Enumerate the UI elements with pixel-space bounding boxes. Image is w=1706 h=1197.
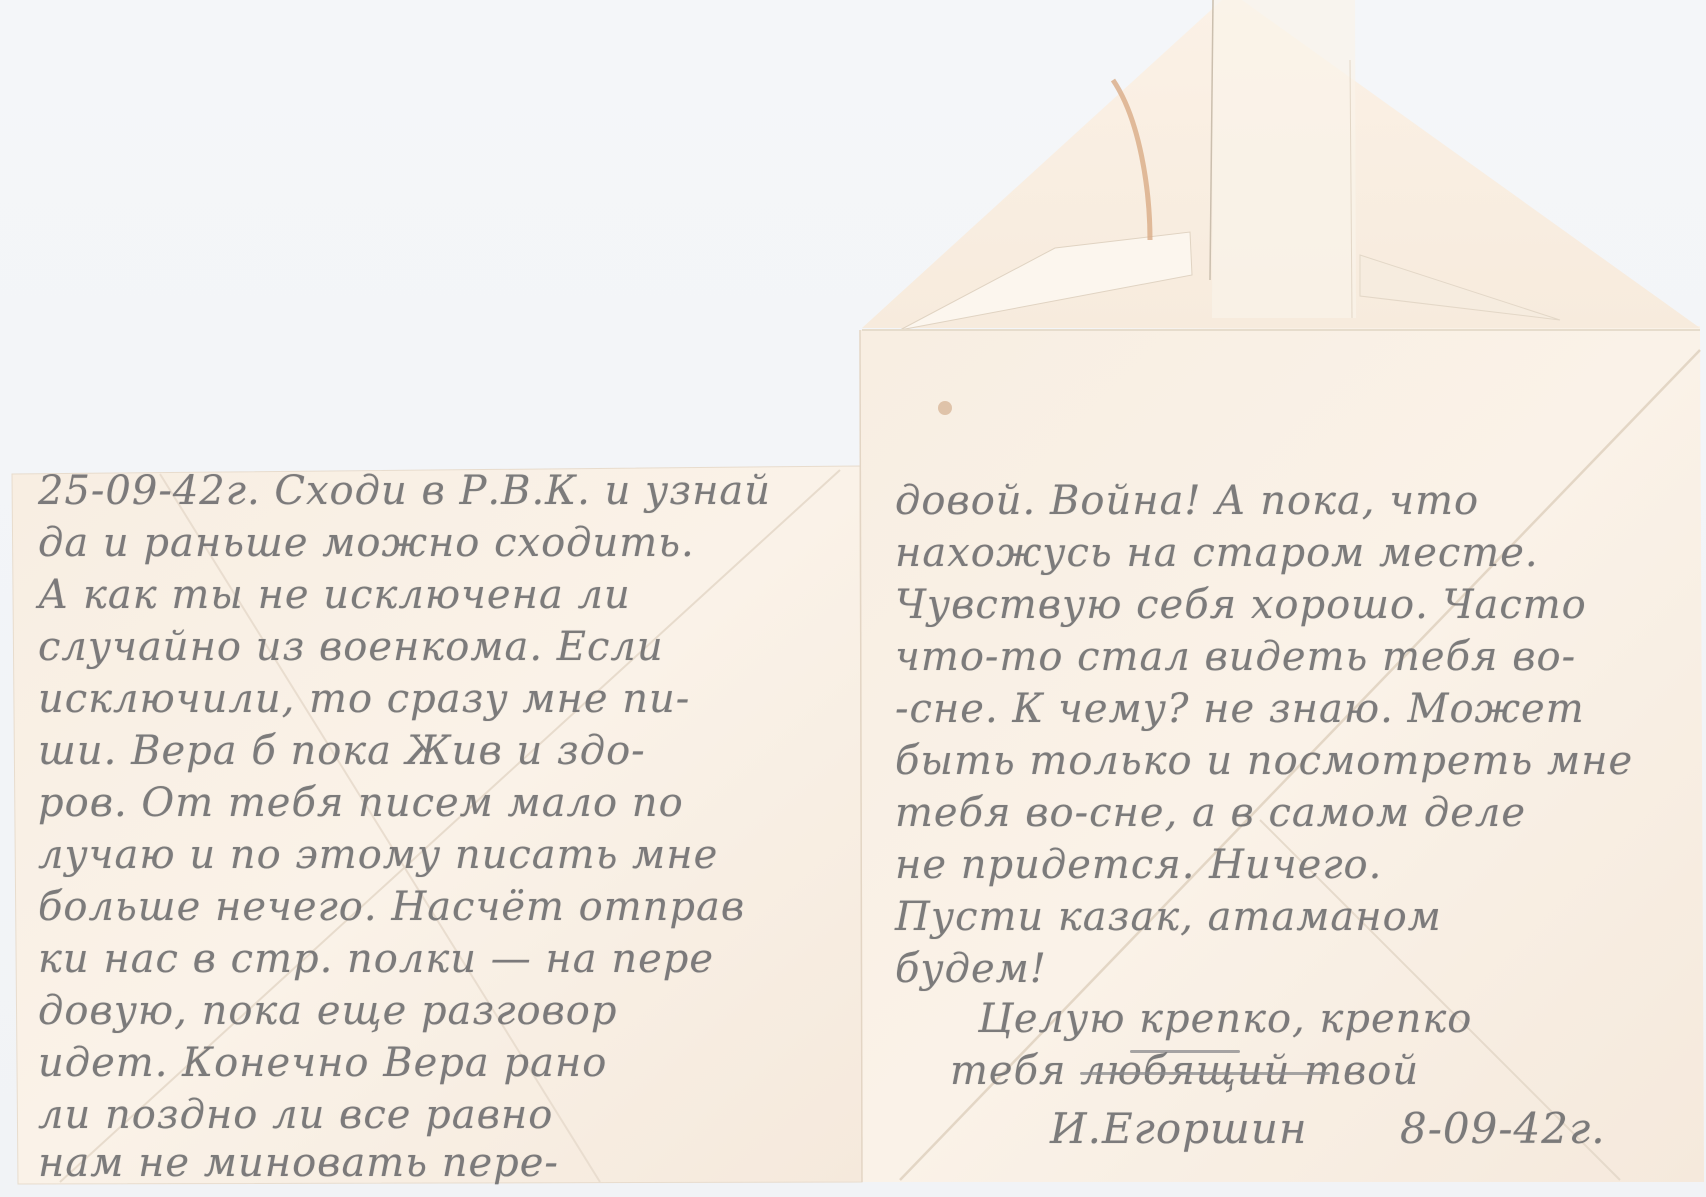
letter-line: исключили, то сразу мне пи- — [38, 676, 690, 722]
letter-date: 8-09-42г. — [1400, 1104, 1606, 1153]
letter-line: больше нечего. Насчёт отправ — [38, 884, 745, 930]
closing-line: Целую крепко, крепко — [978, 996, 1472, 1042]
letter-line: Чувствую себя хорошо. Часто — [895, 582, 1587, 628]
letter-line: будем! — [895, 946, 1047, 992]
letter-line: довой. Война! А пока, что — [895, 478, 1479, 524]
letter-line: -сне. К чему? не знаю. Может — [895, 686, 1585, 732]
letter-line: быть только и посмотреть мне — [895, 738, 1633, 784]
letter-line: случайно из военкома. Если — [38, 624, 664, 670]
letter-line: 25-09-42г. Сходи в Р.В.К. и узнай — [38, 468, 771, 514]
letter-line: ки нас в стр. полки — на пере — [38, 936, 714, 982]
signature: И.Егоршин — [1050, 1104, 1308, 1153]
letter-line: А как ты не исключена ли — [38, 572, 631, 618]
letter-line: идет. Конечно Вера рано — [38, 1040, 607, 1086]
letter-line: ров. От тебя писем мало по — [38, 780, 684, 826]
letter-line: нам не миновать пере- — [38, 1140, 559, 1186]
letter-line: да и раньше можно сходить. — [38, 520, 695, 566]
letter-line: не придется. Ничего. — [895, 842, 1382, 888]
letter-line: ши. Вера б пока Жив и здо- — [38, 728, 646, 774]
letter-line: лучаю и по этому писать мне — [38, 832, 718, 878]
letter-line: тебя во-сне, а в самом деле — [895, 790, 1526, 836]
underline-mark — [1080, 1072, 1330, 1075]
letter-line: ли поздно ли все равно — [38, 1092, 553, 1138]
letter-line: довую, пока еще разговор — [38, 988, 618, 1034]
letter-line: Пусти казак, атаманом — [895, 894, 1442, 940]
letter-line: что-то стал видеть тебя во- — [895, 634, 1576, 680]
closing-line: тебя любящий твой — [950, 1048, 1419, 1094]
letter-line: нахожусь на старом месте. — [895, 530, 1539, 576]
